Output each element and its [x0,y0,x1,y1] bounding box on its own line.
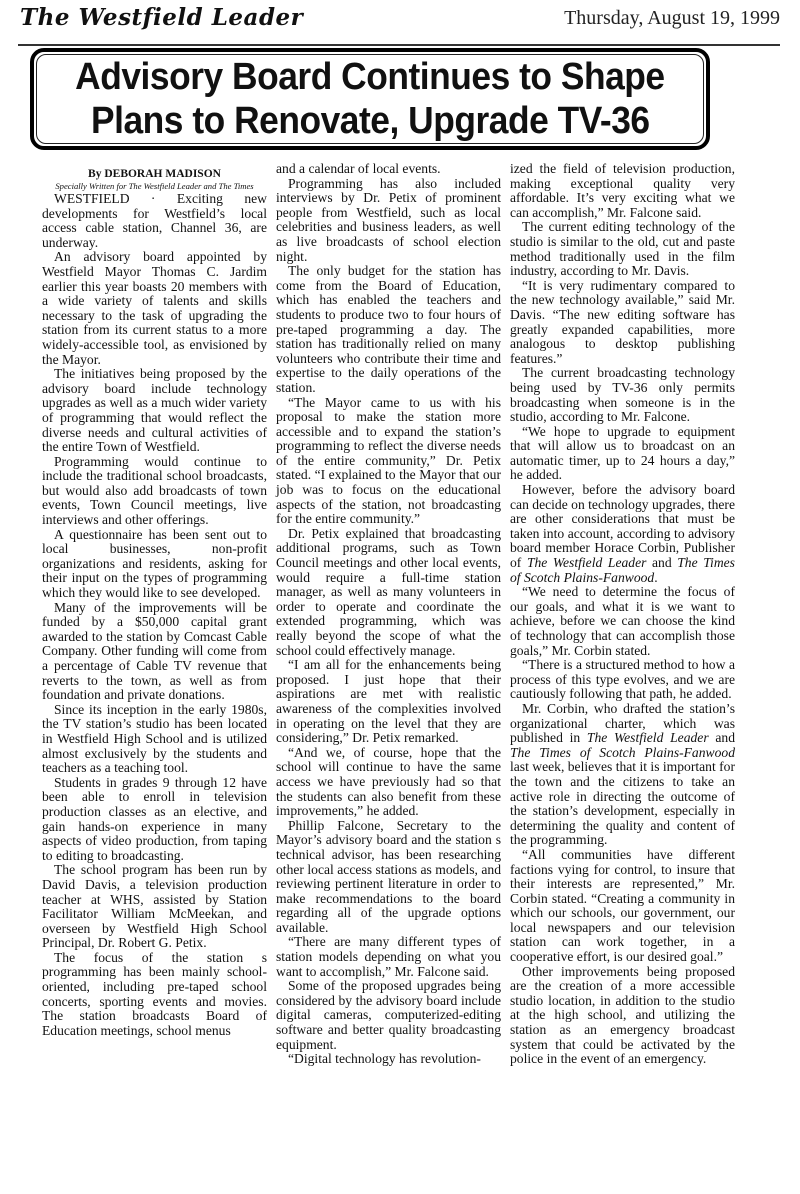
paragraph: “We need to determine the focus of our g… [510,585,735,658]
paragraph: The school program has been run by David… [42,863,267,951]
byline: By DEBORAH MADISON [42,168,267,181]
paragraph: “It is very rudimentary compared to the … [510,279,735,367]
paragraph: “I am all for the enhancements being pro… [276,658,501,746]
issue-date: Thursday, August 19, 1999 [564,7,780,30]
paragraph: However, before the advisory board can d… [510,483,735,585]
headline: Advisory Board Continues to Shape Plans … [36,54,704,144]
paragraph: “Digital technology has revolution- [276,1052,501,1067]
paragraph: “There are many different types of stati… [276,935,501,979]
article-body: By DEBORAH MADISON Specially Written for… [42,168,748,1194]
column-1: By DEBORAH MADISON Specially Written for… [42,168,267,1038]
newspaper-name: The Westfield Leader [20,4,303,31]
text-run: and [709,730,735,745]
headline-box: Advisory Board Continues to Shape Plans … [30,48,710,150]
paragraph: Mr. Corbin, who drafted the station’s or… [510,702,735,848]
publication-title: The Westfield Leader [587,730,709,745]
paragraph: Students in grades 9 through 12 have bee… [42,776,267,864]
masthead: The Westfield Leader Thursday, August 19… [18,4,780,46]
paragraph: Phillip Falcone, Secretary to the Mayor’… [276,819,501,936]
paragraph: Since its inception in the early 1980s, … [42,703,267,776]
paragraph: “The Mayor came to us with his proposal … [276,396,501,527]
paragraph: The current broadcasting technology bein… [510,366,735,424]
paragraph: Dr. Petix explained that broadcasting ad… [276,527,501,658]
column-3: ized the field of television production,… [510,162,735,1067]
text-run: and [646,555,677,570]
paragraph: Programming would continue to include th… [42,455,267,528]
paragraph: “There is a structured method to how a p… [510,658,735,702]
paragraph: The only budget for the station has come… [276,264,501,395]
paragraph: Other improvements being proposed are th… [510,965,735,1067]
paragraph: A questionnaire has been sent out to loc… [42,528,267,601]
column-2: and a calendar of local events. Programm… [276,162,501,1067]
paragraph: Programming has also included interviews… [276,177,501,265]
paragraph: The initiatives being proposed by the ad… [42,367,267,455]
headline-line-2: Plans to Renovate, Upgrade TV-36 [91,99,650,143]
text-run: . [654,570,657,585]
paragraph: ized the field of television production,… [510,162,735,220]
paragraph: “All communities have different factions… [510,848,735,965]
text-run: last week, believes that it is important… [510,759,735,847]
headline-line-1: Advisory Board Continues to Shape [75,55,664,99]
paragraph: “And we, of course, hope that the school… [276,746,501,819]
publication-title: The Westfield Leader [527,555,646,570]
paragraph: The focus of the station s programming h… [42,951,267,1039]
paragraph: An advisory board appointed by Westfield… [42,250,267,367]
paragraph: The current editing technology of the st… [510,220,735,278]
paragraph: Many of the improvements will be funded … [42,601,267,703]
paragraph: Some of the proposed upgrades being cons… [276,979,501,1052]
paragraph: and a calendar of local events. [276,162,501,177]
publication-title: The Times of Scotch Plains-Fanwood [510,745,735,760]
paragraph: WESTFIELD · Exciting new developments fo… [42,192,267,250]
paragraph: “We hope to upgrade to equipment that wi… [510,425,735,483]
